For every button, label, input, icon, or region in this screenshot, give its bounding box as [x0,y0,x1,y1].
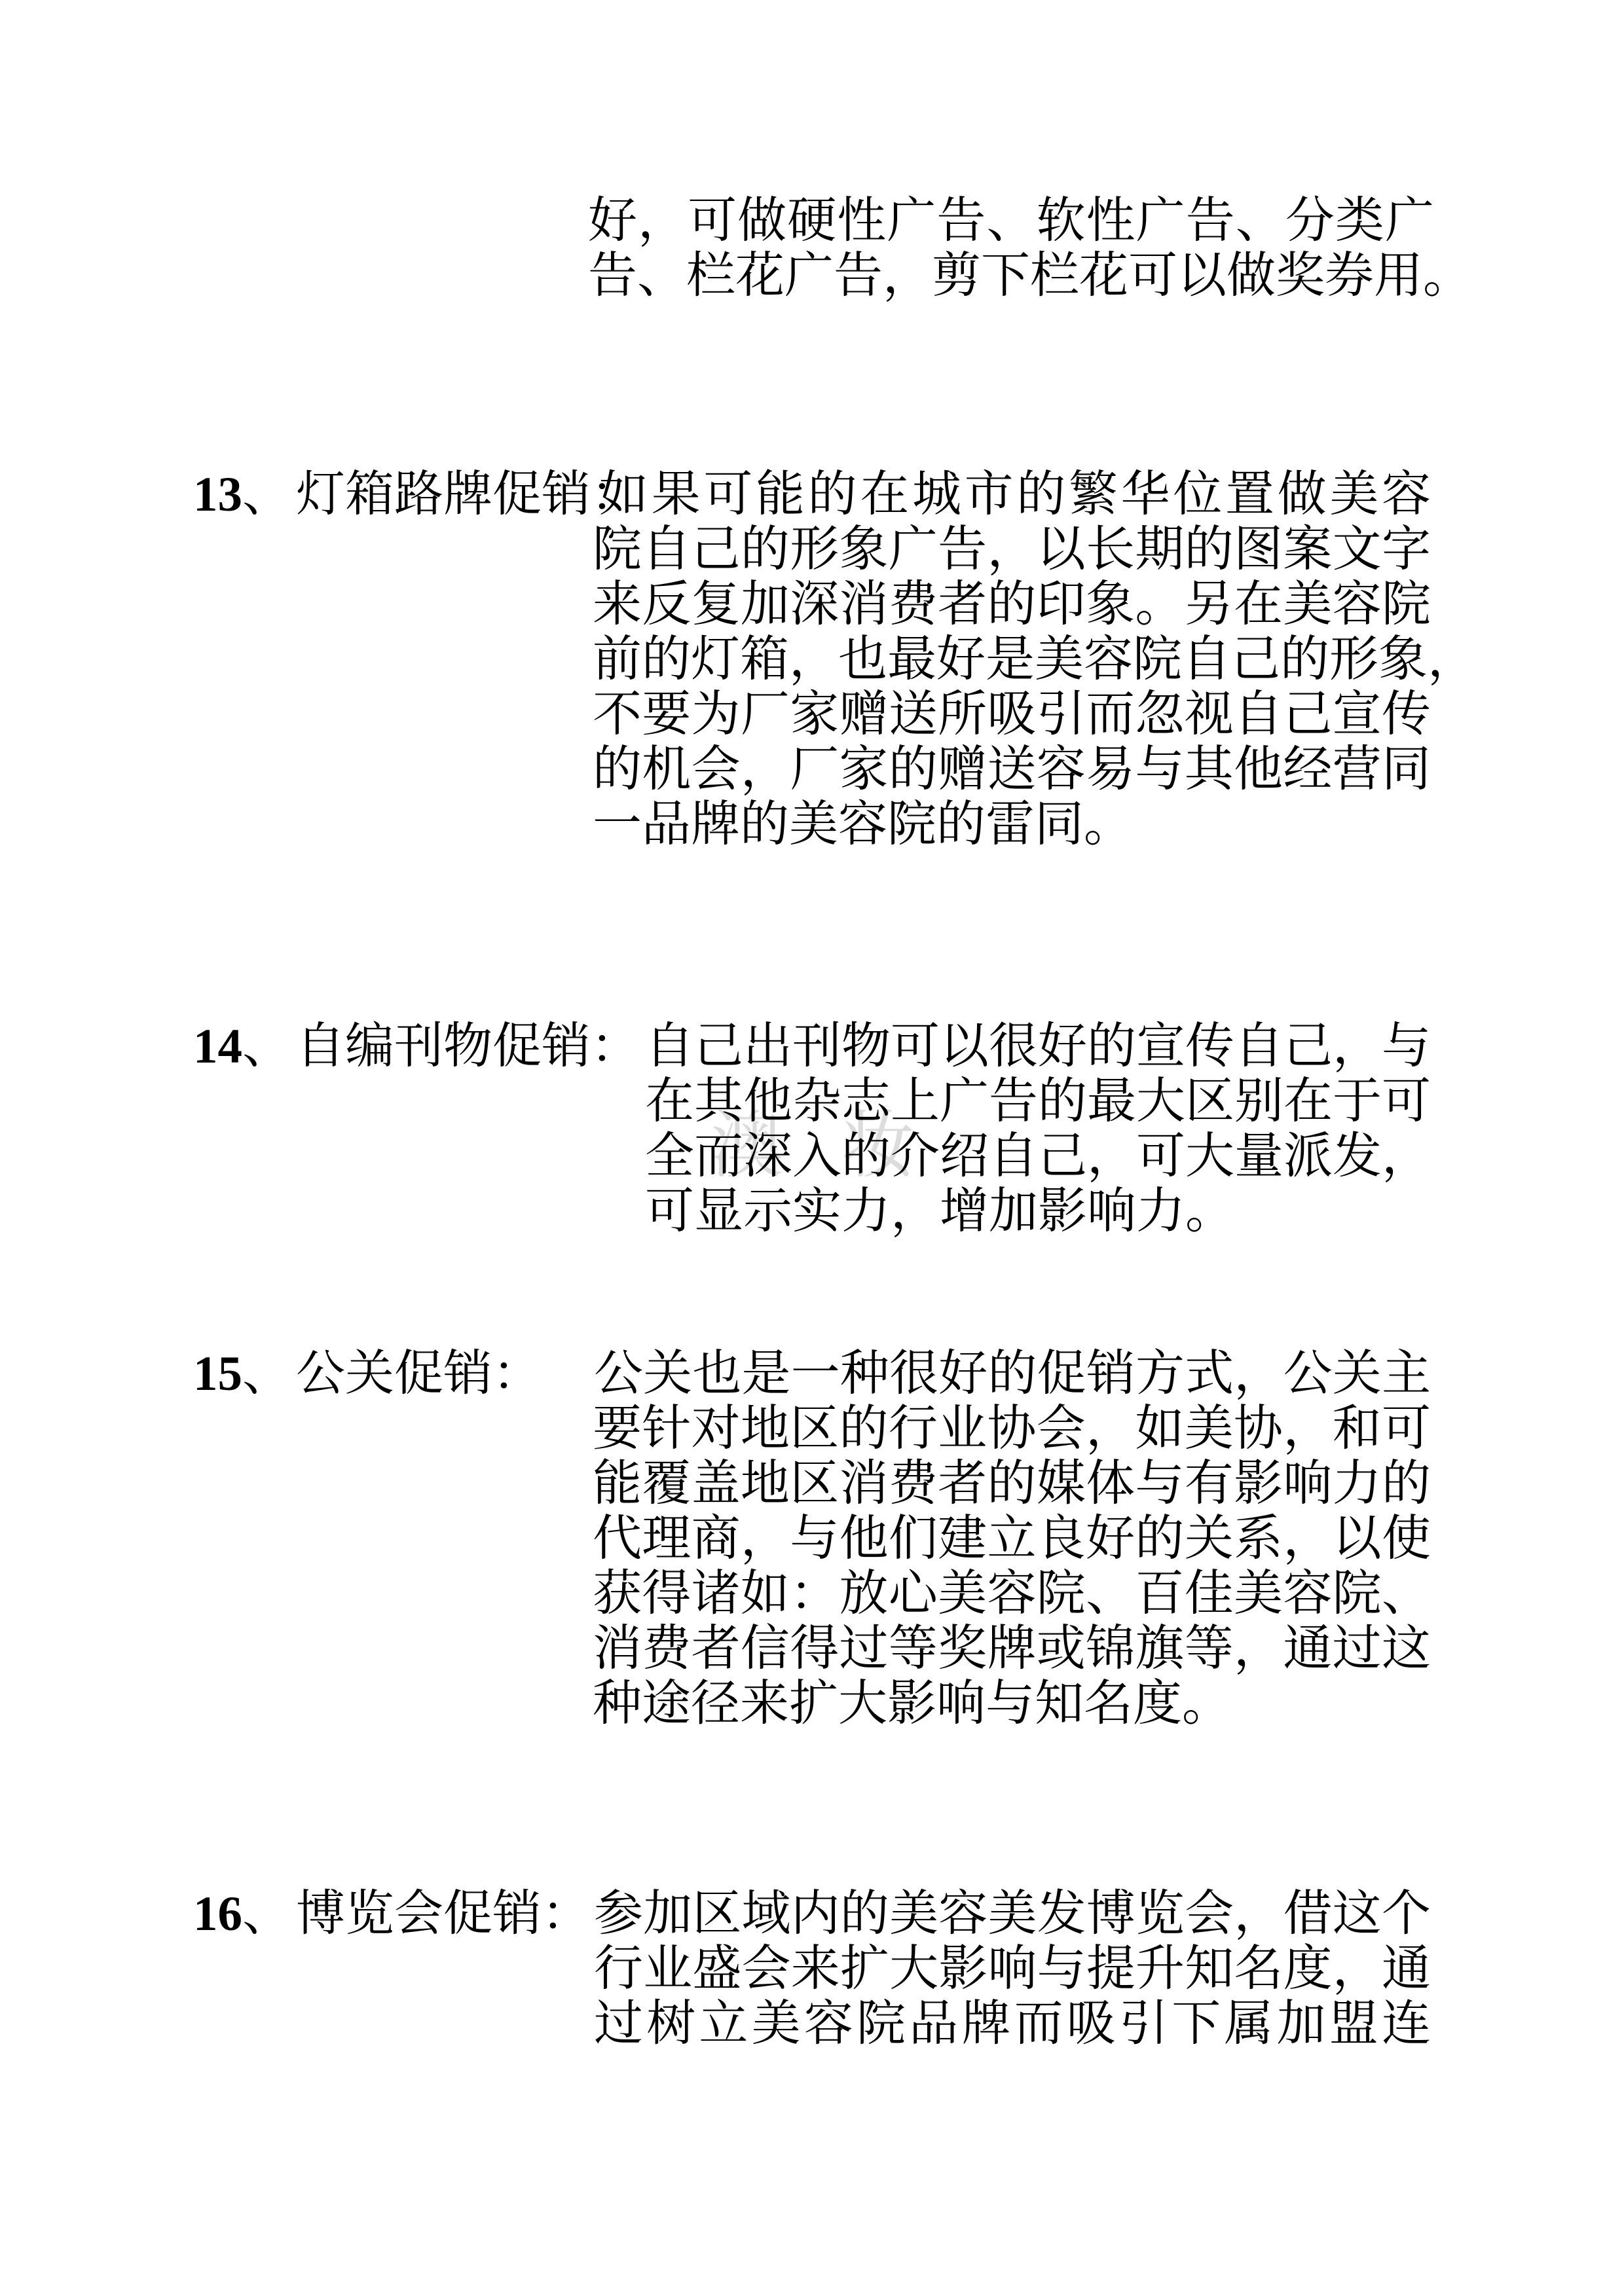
list-item-14: 14、 自编刊物促销： 自己出刊物可以很好的宣传自己，与 在其他杂志上广告的最大… [193,1019,1434,1239]
item-14-number: 14、 [193,1019,291,1074]
item-13-body-line: 一品牌的美容院的雷同。 [593,797,1431,852]
item-16-title: 博览会促销： [296,1887,591,1942]
item-13-body-line: 的机会，厂家的赠送容易与其他经营同 [593,742,1431,797]
item-14-title: 自编刊物促销： [296,1019,640,1074]
intro-line: 告、栏花广告，剪下栏花可以做奖券用。 [588,249,1434,304]
item-14-heading-row: 14、 自编刊物促销： 自己出刊物可以很好的宣传自己，与 [193,1019,1434,1074]
item-13-heading-row: 13、 灯箱路牌促销： 如果可能的在城市的繁华位置做美容 [193,467,1434,522]
item-13-body-line: 如果可能的在城市的繁华位置做美容 [599,467,1431,522]
item-14-body-line: 可显示实力，增加影响力。 [645,1184,1431,1239]
item-15-body-line: 能覆盖地区消费者的媒体与有影响力的 [593,1457,1431,1512]
item-16-body-line: 参加区域内的美容美发博览会，借这个 [594,1887,1431,1942]
list-item-15: 15、 公关促销： 公关也是一种很好的促销方式，公关主 要针对地区的行业协会，如… [193,1347,1434,1732]
item-15-body-line: 获得诸如：放心美容院、百佳美容院、 [593,1567,1431,1622]
intro-paragraph: 好，可做硬性广告、软性广告、分类广 告、栏花广告，剪下栏花可以做奖券用。 [588,194,1434,304]
item-16-body-line: 行业盛会来扩大影响与提升知名度，通 [594,1942,1431,1997]
item-14-body-line: 在其他杂志上广告的最大区别在于可 [645,1074,1431,1129]
item-13-body-line: 前的灯箱，也最好是美容院自己的形象， [593,632,1431,687]
item-15-body-line: 种途径来扩大影响与知名度。 [593,1677,1431,1732]
item-16-heading-row: 16、 博览会促销： 参加区域内的美容美发博览会，借这个 [193,1887,1434,1942]
intro-line: 好，可做硬性广告、软性广告、分类广 [588,194,1434,249]
item-15-body-line: 公关也是一种很好的促销方式，公关主 [594,1347,1431,1402]
item-15-body-line: 消费者信得过等奖牌或锦旗等，通过这 [593,1622,1431,1677]
item-15-body-line: 代理商，与他们建立良好的关系，以使 [593,1512,1431,1567]
list-item-13: 13、 灯箱路牌促销： 如果可能的在城市的繁华位置做美容 院自己的形象广告，以长… [193,467,1434,852]
item-15-heading-row: 15、 公关促销： 公关也是一种很好的促销方式，公关主 [193,1347,1434,1402]
item-15-number: 15、 [193,1347,291,1402]
item-14-body-line: 自己出刊物可以很好的宣传自己，与 [645,1019,1431,1074]
item-13-body-line: 不要为厂家赠送所吸引而忽视自己宣传 [593,687,1431,742]
item-15-body-line: 要针对地区的行业协会，如美协，和可 [593,1402,1431,1457]
list-item-16: 16、 博览会促销： 参加区域内的美容美发博览会，借这个 行业盛会来扩大影响与提… [193,1887,1434,2052]
item-14-body-line: 全而深入的介绍自己，可大量派发， [645,1129,1431,1184]
document-page: 澳妆 好，可做硬性广告、软性广告、分类广 告、栏花广告，剪下栏花可以做奖券用。 … [0,0,1624,2296]
item-13-title: 灯箱路牌促销： [296,467,640,522]
item-16-number: 16、 [193,1887,291,1942]
item-13-number: 13、 [193,467,291,522]
item-16-body-line: 过树立美容院品牌而吸引下属加盟连 [594,1997,1431,2052]
item-13-body-line: 来反复加深消费者的印象。另在美容院 [593,577,1431,632]
item-15-title: 公关促销： [296,1347,542,1402]
item-13-body-line: 院自己的形象广告，以长期的图案文字 [593,522,1431,577]
